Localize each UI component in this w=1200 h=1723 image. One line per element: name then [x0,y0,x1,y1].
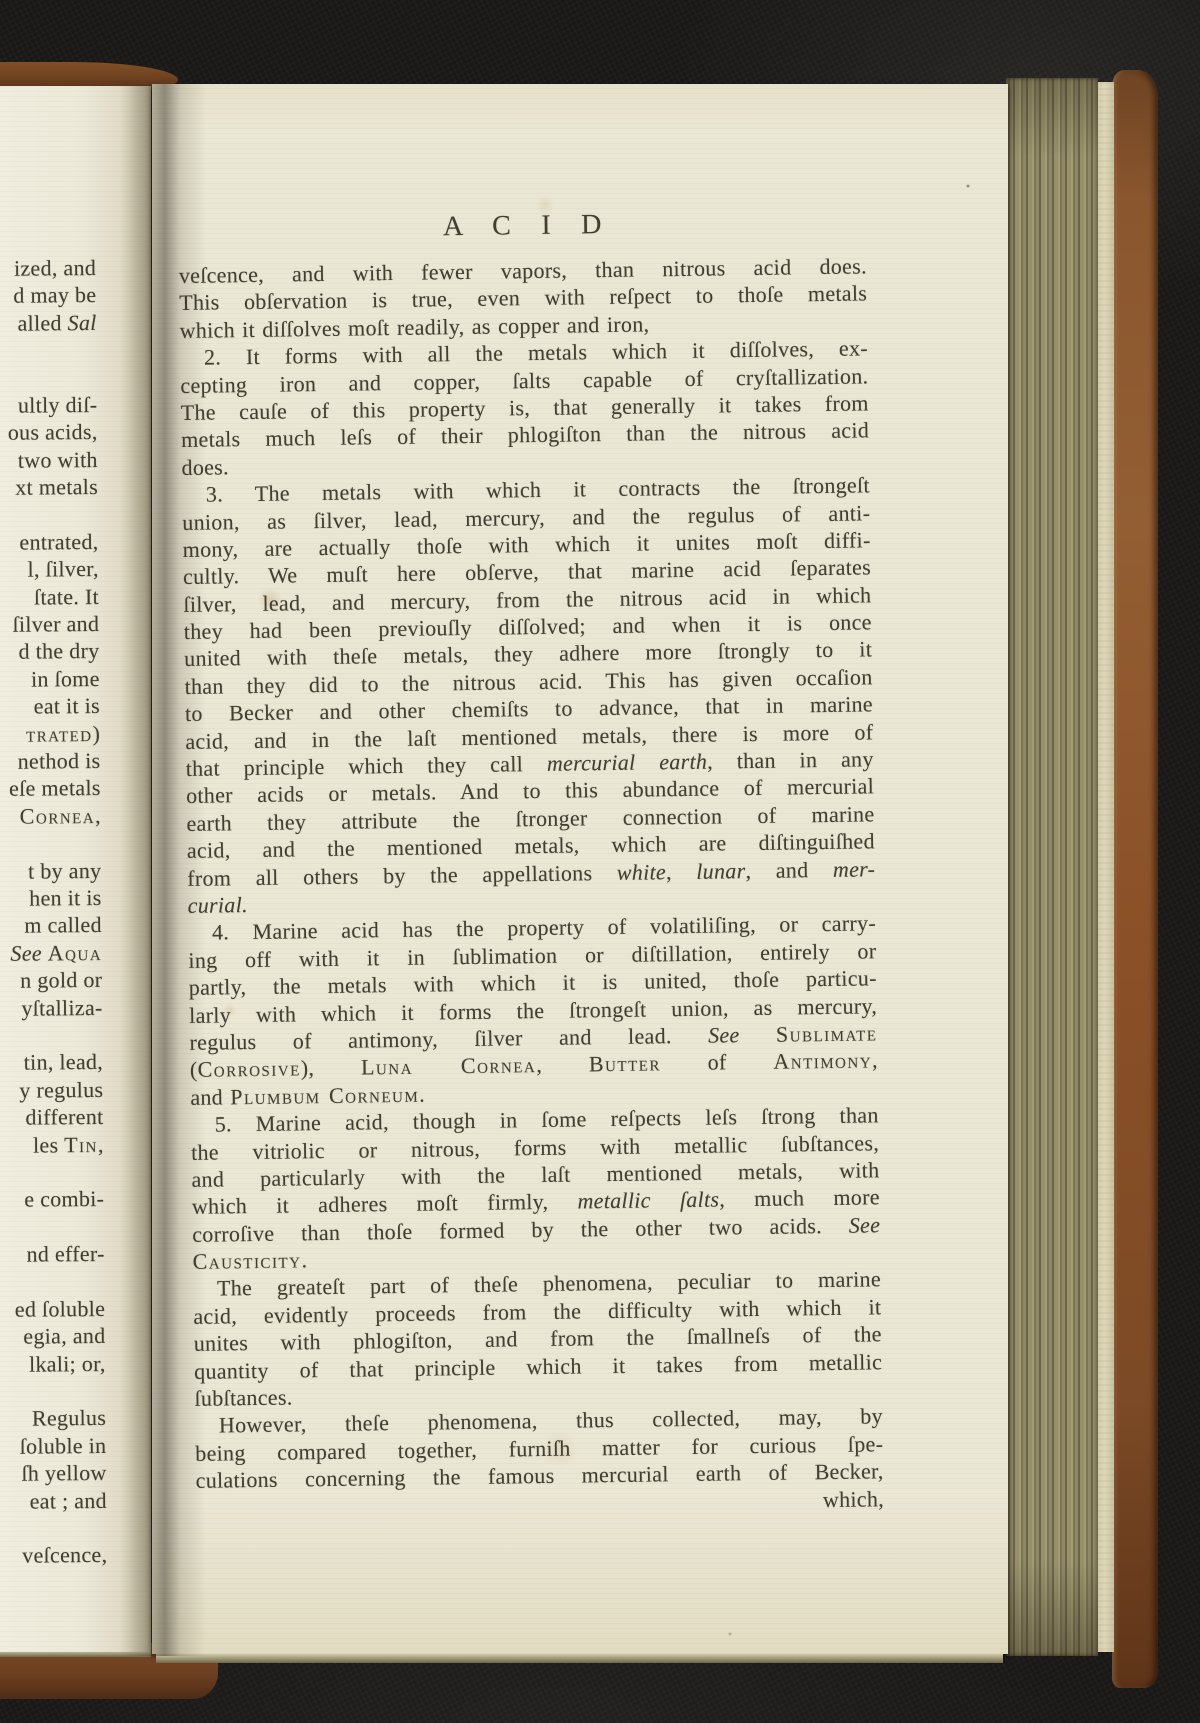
blank-line [2,501,98,529]
text-line: ized, and [0,254,96,282]
page-text-body: veſcence, and with fewer vapors, than ni… [179,252,884,1494]
text-line: t by any [5,857,101,885]
text-line: alled Sal [0,309,96,337]
paragraph: The greateſt part of theſe phenomena, pe… [193,1266,883,1413]
text-line: nethod is [4,747,100,775]
left-page-text-fragments: ized, andd may bealled Salultly diſ-ous … [0,254,107,1570]
blank-line [8,1213,104,1241]
blank-line [10,1377,106,1405]
text-line: nd effer- [9,1240,105,1268]
text-line: See Aqua [6,939,102,967]
blank-line [9,1267,105,1295]
text-line: ultly diſ- [1,391,97,419]
text-line: l, ſilver, [3,555,99,583]
text-line: Cornea, [5,802,101,830]
blank-line [8,1158,104,1186]
blank-line [1,336,97,364]
text-line: ous acids, [1,418,97,446]
text-line: trated) [4,720,100,748]
paragraph: 3. The metals with which it contracts th… [182,471,876,919]
page-heading: A C I D [178,204,866,248]
text-line: different [7,1103,103,1131]
text-line: entrated, [2,528,98,556]
blank-line [5,829,101,857]
page-text: A C I D veſcence, and with fewer vapors,… [178,204,884,1521]
text-line: les Tin, [8,1130,104,1158]
text-line: yſtalliza- [6,994,102,1022]
text-line: eſe metals [5,774,101,802]
text-line: eat it is [4,692,100,720]
text-line: ſh yellow [11,1459,107,1487]
text-line: ſtate. It [3,583,99,611]
paragraph: However, theſe phenomena, thus collected… [195,1403,884,1495]
blank-line [1,364,97,392]
paragraph: veſcence, and with fewer vapors, than ni… [179,252,868,344]
paragraph: 2. It forms with all the metals which it… [180,335,870,482]
fore-edge-pages [1006,78,1098,1656]
text-line: egia, and [9,1322,105,1350]
text-line: two with [2,446,98,474]
text-line: lkali; or, [10,1350,106,1378]
text-line: veſcence, [11,1541,107,1569]
endpaper-edge [1096,82,1114,1652]
text-line: ſilver and [3,610,99,638]
main-page: A C I D veſcence, and with fewer vapors,… [152,84,1008,1654]
blank-line [7,1021,103,1049]
text-line: n gold or [6,966,102,994]
paragraph: 5. Marine acid, though in ſome reſpects … [191,1101,881,1275]
blank-line [11,1514,107,1542]
text-line: m called [6,911,102,939]
text-line: ſoluble in [10,1432,106,1460]
leather-cover-edge [1112,70,1158,1688]
text-line: xt metals [2,473,98,501]
text-line: in ſome [4,665,100,693]
text-line: ed ſoluble [9,1295,105,1323]
text-line: e combi- [8,1185,104,1213]
left-page: ized, andd may bealled Salultly diſ-ous … [0,86,151,1652]
text-line: d the dry [3,637,99,665]
text-line: d may be [0,281,96,309]
text-line: eat ; and [11,1487,107,1515]
text-line: hen it is [6,884,102,912]
text-line: tin, lead, [7,1048,103,1076]
photo-background: { "photo": { "background_color": "#19181… [0,0,1200,1723]
text-line: y regulus [7,1076,103,1104]
text-line: Regulus [10,1404,106,1432]
paragraph: 4. Marine acid has the property of volat… [188,910,879,1111]
